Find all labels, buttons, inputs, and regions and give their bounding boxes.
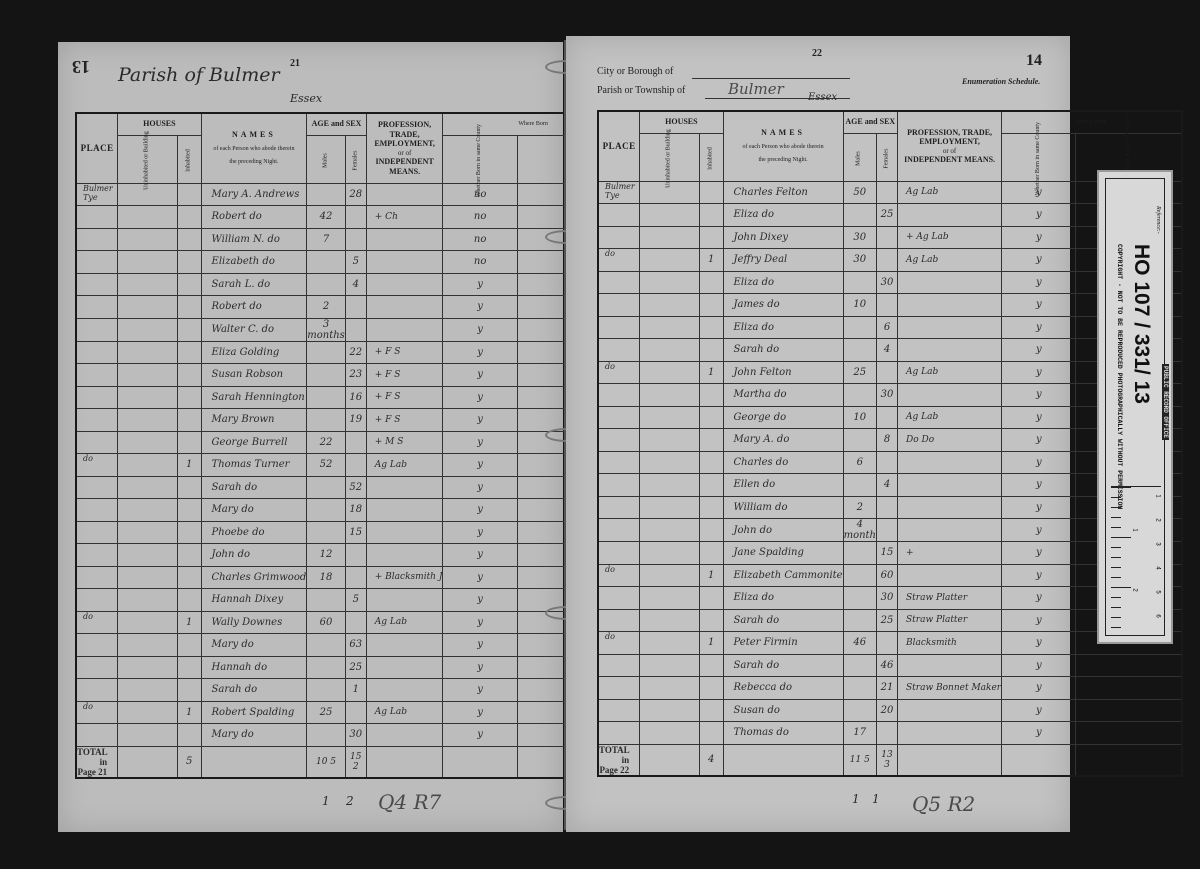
occupation-cell [366, 183, 443, 206]
col-profession-line1: PROFESSION, TRADE, [367, 120, 443, 139]
female-age-cell: 19 [345, 409, 366, 432]
place-cell [76, 521, 118, 544]
name-cell: Robert Spalding [201, 701, 307, 724]
inhabited-cell [699, 429, 723, 452]
inhabited-cell [699, 677, 723, 700]
born-county-cell: y [443, 544, 517, 567]
col-names-sub1: of each Person who abode therein [724, 144, 843, 151]
male-age-cell [307, 656, 346, 679]
left-total-label: TOTAL in Page 21 [76, 746, 118, 778]
col-males: Males [843, 133, 876, 181]
measurement-ruler: 12345612 [1111, 486, 1161, 632]
right-total-inhabited: 4 [699, 744, 723, 776]
census-row: Eliza do25y [598, 204, 1182, 227]
male-age-cell: 46 [843, 632, 876, 655]
born-county-cell: y [443, 724, 517, 747]
born-county-cell: y [443, 318, 517, 341]
place-cell [598, 339, 640, 362]
left-folio-number: 21 [290, 58, 300, 69]
male-age-cell [843, 316, 876, 339]
uninhabited-cell [640, 542, 700, 565]
census-row: Thomas do17y [598, 722, 1182, 745]
born-county-cell: y [443, 454, 517, 477]
name-cell: Eliza do [723, 316, 843, 339]
left-total-inhabited: 5 [177, 746, 201, 778]
female-age-cell [345, 431, 366, 454]
ruler-tick [1111, 607, 1121, 608]
inhabited-cell [177, 589, 201, 612]
col-profession-line4: INDEPENDENT MEANS. [898, 155, 1001, 165]
born-county-cell: y [1002, 429, 1076, 452]
census-row: Susan Robson23+ F Sy [76, 364, 624, 387]
uninhabited-cell [640, 316, 700, 339]
census-row: Eliza do30Straw Plattery [598, 587, 1182, 610]
uninhabited-cell [118, 409, 178, 432]
place-cell: do [76, 611, 118, 634]
census-row: Sarah do52y [76, 476, 624, 499]
col-profession-line3: or of [898, 147, 1001, 155]
reference-code: HO 107 / 331/ 13 [1129, 244, 1153, 404]
male-age-cell [843, 677, 876, 700]
census-row: Sarah do1y [76, 679, 624, 702]
born-county-cell: no [443, 228, 517, 251]
male-age-cell: 50 [843, 181, 876, 204]
occupation-cell [898, 294, 1002, 317]
place-cell [598, 722, 640, 745]
occupation-cell [898, 722, 1002, 745]
office-label: PUBLIC RECORD OFFICE [1162, 364, 1169, 440]
right-below-males: 1 [852, 792, 860, 806]
uninhabited-cell [118, 318, 178, 341]
female-age-cell: 25 [345, 656, 366, 679]
born-county-cell: y [443, 656, 517, 679]
born-county-cell: y [1002, 406, 1076, 429]
uninhabited-cell [118, 521, 178, 544]
census-row: Mary A. do8Do Doy [598, 429, 1182, 452]
right-total-profession [898, 744, 1002, 776]
male-age-cell: 25 [307, 701, 346, 724]
place-cell [598, 406, 640, 429]
place-cell [76, 364, 118, 387]
born-county-cell: y [1002, 361, 1076, 384]
uninhabited-cell [640, 271, 700, 294]
male-age-cell: 30 [843, 249, 876, 272]
inhabited-cell [699, 384, 723, 407]
inhabited-cell [699, 316, 723, 339]
male-age-cell: 3 months [307, 318, 346, 341]
female-age-cell: 5 [345, 251, 366, 274]
left-table-body: Bulmer TyeMary A. Andrews28noRobert do42… [76, 183, 624, 746]
born-county-cell: y [1002, 384, 1076, 407]
name-cell: James do [723, 294, 843, 317]
place-cell [598, 384, 640, 407]
census-row: James do10y [598, 294, 1182, 317]
name-cell: George Burrell [201, 431, 307, 454]
inhabited-cell: 1 [699, 632, 723, 655]
female-age-cell [345, 454, 366, 477]
inhabited-cell [699, 699, 723, 722]
city-borough-line [692, 78, 850, 79]
census-row: Sarah L. do4y [76, 273, 624, 296]
uninhabited-cell [640, 474, 700, 497]
ruler-tick [1111, 487, 1131, 488]
col-names: NAMES of each Person who abode therein t… [201, 113, 307, 183]
reference-card: Reference:- HO 107 / 331/ 13 COPYRIGHT -… [1097, 170, 1173, 644]
occupation-cell [898, 496, 1002, 519]
male-age-cell: 25 [843, 361, 876, 384]
male-age-cell: 10 [843, 294, 876, 317]
occupation-cell [366, 521, 443, 544]
place-cell: do [598, 361, 640, 384]
inhabited-cell [699, 519, 723, 542]
right-census-table: PLACE HOUSES NAMES of each Person who ab… [597, 110, 1183, 777]
ruler-tick [1111, 617, 1121, 618]
place-cell [76, 409, 118, 432]
col-same-county-label: Whether Born in same County [1035, 122, 1042, 195]
female-age-cell [877, 181, 898, 204]
born-county-cell: y [443, 521, 517, 544]
occupation-cell: + F S [366, 364, 443, 387]
col-inhabited-label: Inhabited [708, 147, 715, 170]
col-inhabited: Inhabited [699, 133, 723, 181]
col-profession-line2: EMPLOYMENT, [367, 139, 443, 149]
female-age-cell: 30 [877, 271, 898, 294]
ruler-tick [1111, 597, 1121, 598]
occupation-cell: + F S [366, 386, 443, 409]
reference-label: Reference:- [1155, 206, 1161, 234]
ruler-cm-label: 4 [1154, 566, 1160, 569]
name-cell: Thomas do [723, 722, 843, 745]
census-row: do1Elizabeth Cammonite60y [598, 564, 1182, 587]
name-cell: Mary A. Andrews [201, 183, 307, 206]
born-county-cell: y [1002, 271, 1076, 294]
inhabited-cell [177, 724, 201, 747]
name-cell: Hannah Dixey [201, 589, 307, 612]
born-county-cell: y [443, 701, 517, 724]
col-males-label: Males [322, 153, 329, 168]
col-profession-line2: EMPLOYMENT, [898, 137, 1001, 147]
female-age-cell: 30 [877, 384, 898, 407]
schedule-label: Enumeration Schedule. [962, 77, 1040, 86]
born-county-cell: y [443, 634, 517, 657]
female-age-cell: 25 [877, 204, 898, 227]
left-total-label-1: TOTAL in [77, 747, 107, 767]
occupation-cell: Straw Platter [898, 609, 1002, 632]
uninhabited-cell [118, 724, 178, 747]
female-age-cell [345, 611, 366, 634]
female-age-cell [877, 294, 898, 317]
male-age-cell [307, 499, 346, 522]
occupation-cell [898, 519, 1002, 542]
born-county-cell: y [443, 499, 517, 522]
left-total-row: TOTAL in Page 21 5 10 5 15 2 [76, 746, 624, 778]
inhabited-cell [177, 566, 201, 589]
uninhabited-cell [118, 476, 178, 499]
name-cell: Eliza do [723, 204, 843, 227]
female-age-cell: 21 [877, 677, 898, 700]
male-age-cell: 2 [843, 496, 876, 519]
inhabited-cell [699, 204, 723, 227]
place-cell [76, 589, 118, 612]
col-names-title: NAMES [202, 130, 307, 140]
ruler-tick [1111, 567, 1121, 568]
male-age-cell: 4 month [843, 519, 876, 542]
col-same-county: Whether Born in same County [1002, 133, 1076, 181]
place-cell [598, 542, 640, 565]
name-cell: Sarah do [723, 609, 843, 632]
female-age-cell: 23 [345, 364, 366, 387]
right-below-females: 1 [872, 792, 880, 806]
female-age-cell: 8 [877, 429, 898, 452]
census-row: Robert do42+ Chno [76, 206, 624, 229]
male-age-cell: 17 [843, 722, 876, 745]
col-place: PLACE [76, 113, 118, 183]
uninhabited-cell [640, 496, 700, 519]
female-age-cell: 1 [345, 679, 366, 702]
right-total-label-1: TOTAL in [599, 745, 629, 765]
uninhabited-cell [640, 654, 700, 677]
female-age-cell [877, 451, 898, 474]
place-cell [76, 656, 118, 679]
female-age-cell: 46 [877, 654, 898, 677]
male-age-cell [307, 364, 346, 387]
place-cell [598, 587, 640, 610]
col-males-label: Males [856, 151, 863, 166]
inhabited-cell [699, 181, 723, 204]
inhabited-cell [699, 451, 723, 474]
left-total-label-2: Page 21 [77, 767, 107, 777]
occupation-cell: Ag Lab [898, 249, 1002, 272]
census-row: do1Robert Spalding25Ag Laby [76, 701, 624, 724]
male-age-cell [843, 204, 876, 227]
place-cell [76, 386, 118, 409]
right-total-uninhabited [640, 744, 700, 776]
name-cell: Martha do [723, 384, 843, 407]
uninhabited-cell [118, 634, 178, 657]
female-age-cell: 63 [345, 634, 366, 657]
inhabited-cell: 1 [177, 611, 201, 634]
uninhabited-cell [118, 499, 178, 522]
occupation-cell [898, 474, 1002, 497]
female-age-cell: 5 [345, 589, 366, 612]
census-row: Eliza Golding22+ F Sy [76, 341, 624, 364]
census-row: Susan do20y [598, 699, 1182, 722]
born-elsewhere-cell [1076, 654, 1182, 677]
occupation-cell: Ag Lab [366, 701, 443, 724]
born-county-cell: y [1002, 654, 1076, 677]
name-cell: Charles do [723, 451, 843, 474]
place-cell [598, 474, 640, 497]
occupation-cell: + Ag Lab [898, 226, 1002, 249]
inhabited-cell [177, 431, 201, 454]
male-age-cell [843, 699, 876, 722]
census-row: do1Peter Firmin46Blacksmithy [598, 632, 1182, 655]
name-cell: Walter C. do [201, 318, 307, 341]
uninhabited-cell [118, 431, 178, 454]
census-row: Hannah Dixey5y [76, 589, 624, 612]
name-cell: Sarah Hennington [201, 386, 307, 409]
female-age-cell: 4 [877, 474, 898, 497]
inhabited-cell [177, 183, 201, 206]
uninhabited-cell [118, 611, 178, 634]
male-age-cell [307, 409, 346, 432]
occupation-cell [366, 679, 443, 702]
female-age-cell: 15 [345, 521, 366, 544]
census-row: do1Thomas Turner52Ag Laby [76, 454, 624, 477]
col-names-sub1: of each Person who abode therein [202, 146, 307, 153]
female-age-cell: 15 [877, 542, 898, 565]
name-cell: Jeffry Deal [723, 249, 843, 272]
place-cell: Bulmer Tye [76, 183, 118, 206]
inhabited-cell [699, 474, 723, 497]
ruler-tick [1111, 527, 1121, 528]
born-county-cell: y [443, 364, 517, 387]
name-cell: Robert do [201, 296, 307, 319]
inhabited-cell [699, 609, 723, 632]
male-age-cell: 42 [307, 206, 346, 229]
census-row: Elizabeth do5no [76, 251, 624, 274]
col-females: Females [877, 133, 898, 181]
female-age-cell: 30 [345, 724, 366, 747]
place-cell [76, 476, 118, 499]
name-cell: Mary do [201, 634, 307, 657]
col-houses: HOUSES [640, 111, 723, 133]
occupation-cell: + F S [366, 341, 443, 364]
occupation-cell: Do Do [898, 429, 1002, 452]
copyright-notice: COPYRIGHT - NOT TO BE REPRODUCED PHOTOGR… [1116, 244, 1123, 509]
col-profession-line3: or of [367, 149, 443, 157]
occupation-cell [366, 656, 443, 679]
male-age-cell [307, 679, 346, 702]
uninhabited-cell [118, 454, 178, 477]
male-age-cell [307, 273, 346, 296]
inhabited-cell [699, 587, 723, 610]
female-age-cell: 18 [345, 499, 366, 522]
male-age-cell: 7 [307, 228, 346, 251]
place-cell [76, 251, 118, 274]
occupation-cell [898, 654, 1002, 677]
male-age-cell [307, 634, 346, 657]
born-county-cell: y [443, 476, 517, 499]
uninhabited-cell [640, 406, 700, 429]
born-county-cell: y [1002, 564, 1076, 587]
col-profession-line1: PROFESSION, TRADE, [898, 128, 1001, 138]
male-age-cell [843, 564, 876, 587]
uninhabited-cell [640, 294, 700, 317]
census-row: Robert do2y [76, 296, 624, 319]
occupation-cell: Blacksmith [898, 632, 1002, 655]
right-total-elsewhere [1076, 744, 1182, 776]
female-age-cell: 30 [877, 587, 898, 610]
name-cell: John Dixey [723, 226, 843, 249]
occupation-cell [898, 339, 1002, 362]
born-elsewhere-cell [1076, 699, 1182, 722]
uninhabited-cell [118, 341, 178, 364]
name-cell: Sarah L. do [201, 273, 307, 296]
male-age-cell [843, 339, 876, 362]
col-same-county: Whether Born in same County [443, 135, 517, 183]
inhabited-cell [177, 341, 201, 364]
census-row: Sarah do4y [598, 339, 1182, 362]
occupation-cell: Straw Bonnet Maker [898, 677, 1002, 700]
male-age-cell: 52 [307, 454, 346, 477]
place-cell [76, 499, 118, 522]
place-cell [598, 496, 640, 519]
place-cell [76, 431, 118, 454]
occupation-cell [366, 251, 443, 274]
ruler-tick [1111, 537, 1131, 538]
occupation-cell: + [898, 542, 1002, 565]
female-age-cell [877, 519, 898, 542]
ruler-inch-label: 2 [1132, 588, 1138, 591]
name-cell: Elizabeth do [201, 251, 307, 274]
name-cell: Robert do [201, 206, 307, 229]
census-row: Hannah do25y [76, 656, 624, 679]
born-county-cell: y [1002, 587, 1076, 610]
male-age-cell [307, 341, 346, 364]
col-uninhabited: Uninhabited or Building [640, 133, 700, 181]
male-age-cell: 30 [843, 226, 876, 249]
occupation-cell [366, 318, 443, 341]
female-age-cell [345, 566, 366, 589]
occupation-cell [366, 724, 443, 747]
right-total-same-county [1002, 744, 1076, 776]
name-cell: Mary A. do [723, 429, 843, 452]
male-age-cell [307, 183, 346, 206]
ruler-tick [1111, 547, 1121, 548]
name-cell: Rebecca do [723, 677, 843, 700]
uninhabited-cell [118, 544, 178, 567]
place-cell: do [76, 701, 118, 724]
female-age-cell [345, 228, 366, 251]
place-cell [598, 294, 640, 317]
born-elsewhere-cell [1076, 677, 1182, 700]
female-age-cell: 28 [345, 183, 366, 206]
census-row: John do4 monthy [598, 519, 1182, 542]
born-county-cell: y [443, 566, 517, 589]
male-age-cell [843, 384, 876, 407]
col-same-county-label: Whether Born in same County [477, 124, 484, 197]
male-age-cell [843, 587, 876, 610]
left-total-females: 15 2 [345, 746, 366, 778]
uninhabited-cell [640, 339, 700, 362]
male-age-cell [307, 724, 346, 747]
ruler-cm-label: 1 [1154, 494, 1160, 497]
name-cell: Mary do [201, 724, 307, 747]
male-age-cell: 60 [307, 611, 346, 634]
uninhabited-cell [640, 249, 700, 272]
name-cell: John Felton [723, 361, 843, 384]
census-row: Mary do63y [76, 634, 624, 657]
place-cell [598, 519, 640, 542]
col-where-born: Where Born [1002, 111, 1183, 133]
uninhabited-cell [118, 679, 178, 702]
census-row: Bulmer TyeMary A. Andrews28no [76, 183, 624, 206]
born-county-cell: y [1002, 294, 1076, 317]
occupation-cell [898, 564, 1002, 587]
census-row: Phoebe do15y [76, 521, 624, 544]
occupation-cell [366, 634, 443, 657]
left-below-females: 2 [346, 794, 354, 808]
right-total-label-2: Page 22 [599, 765, 629, 775]
left-census-table: PLACE HOUSES NAMES of each Person who ab… [75, 112, 625, 779]
name-cell: Mary do [201, 499, 307, 522]
born-county-cell: y [443, 431, 517, 454]
inhabited-cell [699, 406, 723, 429]
col-females-label: Females [352, 151, 359, 171]
born-county-cell: no [443, 206, 517, 229]
male-age-cell [307, 386, 346, 409]
